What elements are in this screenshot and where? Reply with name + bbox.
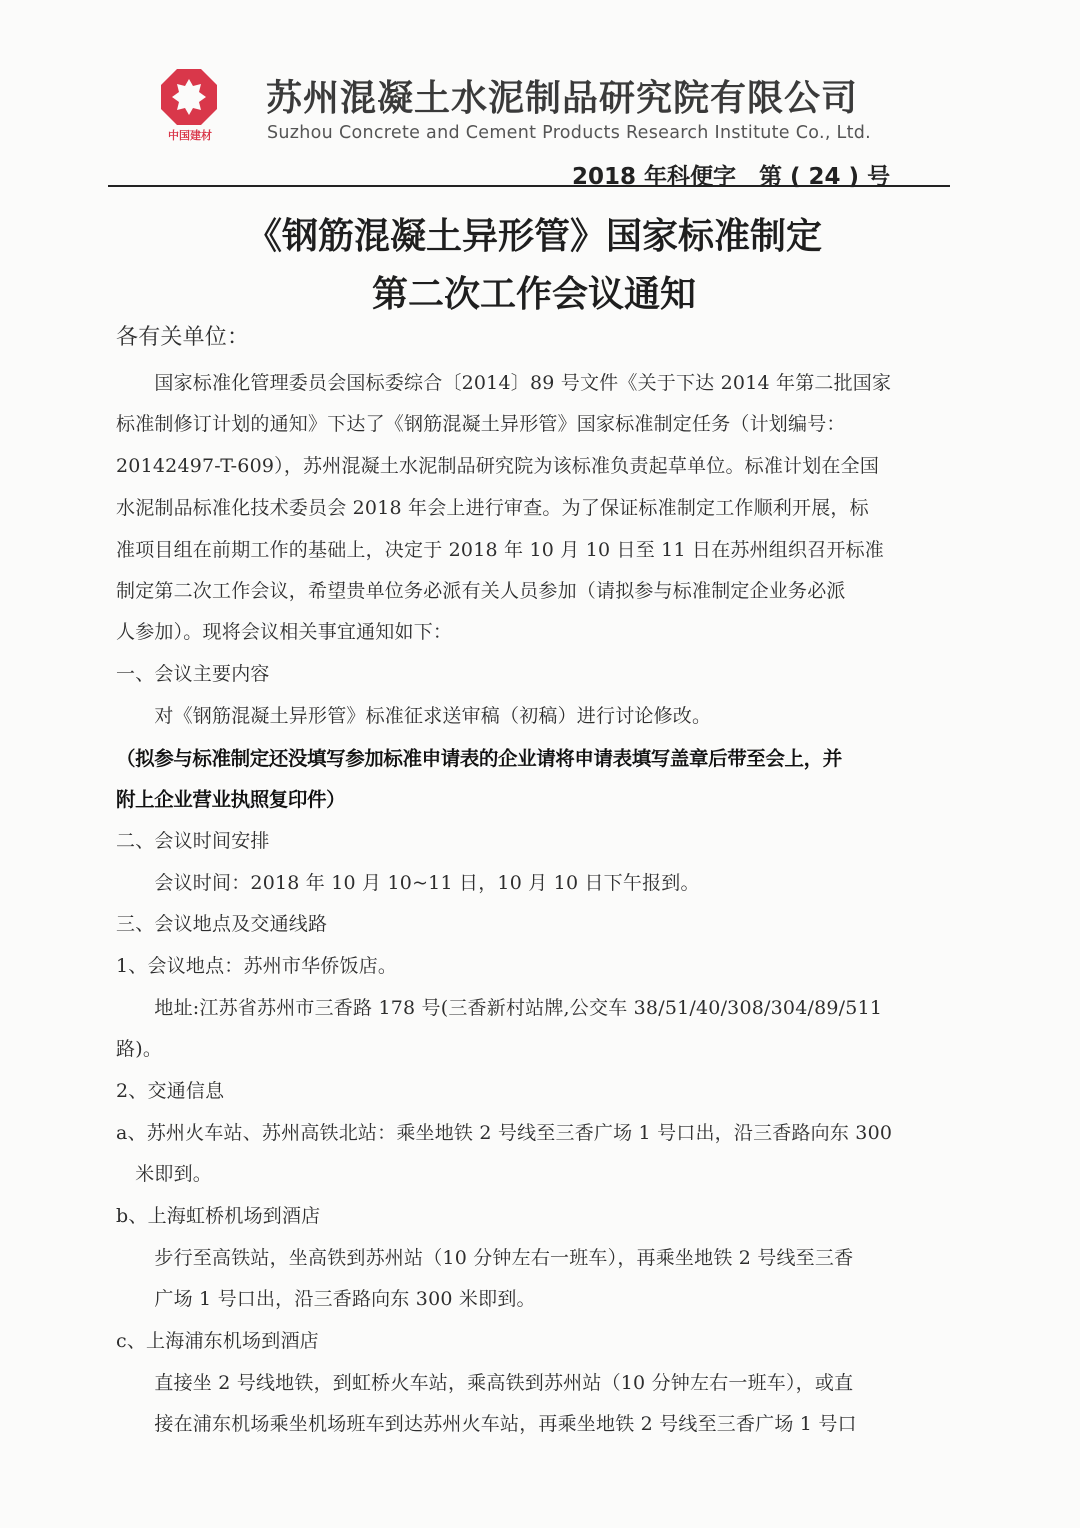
header-divider xyxy=(108,185,950,187)
route-b: 步行至高铁站，坐高铁到苏州站（10 分钟左右一班车），再乘坐地铁 2 号线至三香 xyxy=(116,1243,853,1270)
route-a: a、苏州火车站、苏州高铁北站：乘坐地铁 2 号线至三香广场 1 号口出，沿三香路… xyxy=(116,1118,892,1145)
logo-caption: 中国建材 xyxy=(160,127,220,143)
intro-line: 20142497-T-609），苏州混凝土水泥制品研究院为该标准负责起草单位。标… xyxy=(116,451,879,478)
section-1-text: 对《钢筋混凝土异形管》标准征求送审稿（初稿）进行讨论修改。 xyxy=(116,701,711,728)
section-3-heading: 三、会议地点及交通线路 xyxy=(116,909,327,936)
document-title-line-2: 第二次工作会议通知 xyxy=(0,266,1074,317)
cnbm-logo-icon xyxy=(160,68,218,126)
venue: 1、会议地点：苏州市华侨饭店。 xyxy=(116,951,397,978)
intro-line: 标准制修订计划的通知》下达了《钢筋混凝土异形管》国家标准制定任务（计划编号： xyxy=(116,409,846,436)
intro-line: 准项目组在前期工作的基础上，决定于 2018 年 10 月 10 日至 11 日… xyxy=(116,535,884,562)
route-c-heading: c、上海浦东机场到酒店 xyxy=(116,1326,319,1353)
section-1-heading: 一、会议主要内容 xyxy=(116,659,270,686)
meeting-time: 会议时间：2018 年 10 月 10~11 日，10 月 10 日下午报到。 xyxy=(116,868,700,895)
org-name-cn: 苏州混凝土水泥制品研究院有限公司 xyxy=(266,70,858,121)
intro-line: 制定第二次工作会议，希望贵单位务必派有关人员参加（请拟参与标准制定企业务必派 xyxy=(116,576,846,603)
intro-line: 水泥制品标准化技术委员会 2018 年会上进行审查。为了保证标准制定工作顺利开展… xyxy=(116,493,869,520)
intro-line: 国家标准化管理委员会国标委综合〔2014〕89 号文件《关于下达 2014 年第… xyxy=(116,368,891,395)
intro-line: 人参加）。现将会议相关事宜通知如下： xyxy=(116,617,452,644)
transport-heading: 2、交通信息 xyxy=(116,1076,224,1103)
address: 路)。 xyxy=(116,1034,162,1061)
org-name-en: Suzhou Concrete and Cement Products Rese… xyxy=(267,123,871,143)
address: 地址:江苏省苏州市三香路 178 号(三香新村站牌,公交车 38/51/40/3… xyxy=(116,993,882,1020)
section-2-heading: 二、会议时间安排 xyxy=(116,826,270,853)
salutation: 各有关单位： xyxy=(116,320,249,351)
route-b-heading: b、上海虹桥机场到酒店 xyxy=(116,1201,320,1228)
route-a: 米即到。 xyxy=(116,1159,212,1186)
section-1-note: （拟参与标准制定还没填写参加标准申请表的企业请将申请表填写盖章后带至会上，并 xyxy=(116,743,842,771)
section-1-note: 附上企业营业执照复印件） xyxy=(116,784,345,812)
route-b: 广场 1 号口出，沿三香路向东 300 米即到。 xyxy=(116,1284,536,1311)
document-title-line-1: 《钢筋混凝土异形管》国家标准制定 xyxy=(0,208,1074,259)
route-c: 直接坐 2 号线地铁，到虹桥火车站，乘高铁到苏州站（10 分钟左右一班车），或直 xyxy=(116,1368,853,1395)
route-c: 接在浦东机场乘坐机场班车到达苏州火车站，再乘坐地铁 2 号线至三香广场 1 号口 xyxy=(116,1409,857,1436)
